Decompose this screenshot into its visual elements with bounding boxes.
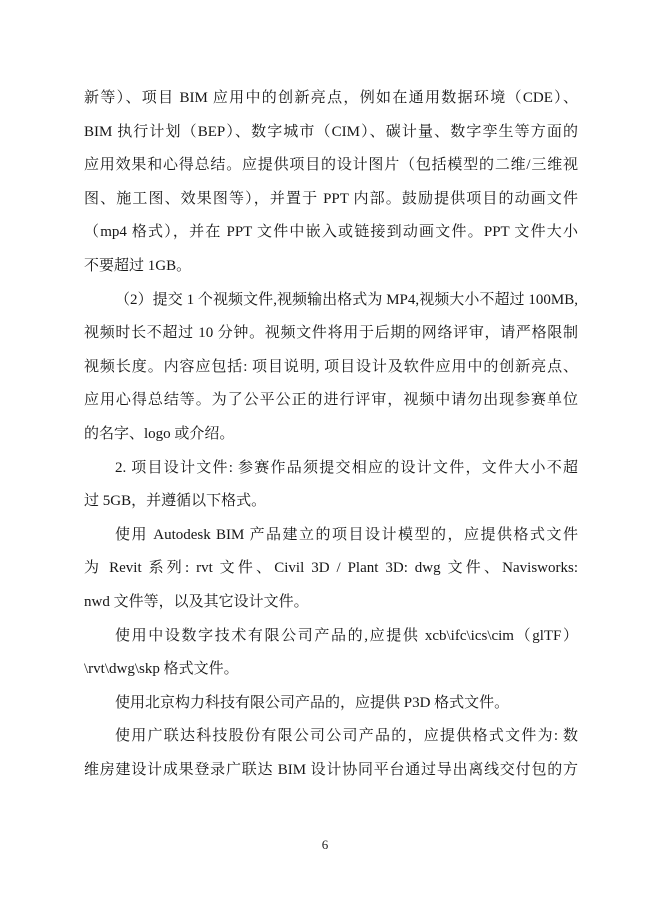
text-line: 为 Revit 系列: rvt 文件、Civil 3D / Plant 3D: … xyxy=(84,552,578,586)
text-line: 图、施工图、效果图等），并置于 PPT 内部。鼓励提供项目的动画文件 xyxy=(84,183,578,217)
text-line: 视频时长不超过 10 分钟。视频文件将用于后期的网络评审，请严格限制 xyxy=(84,317,578,351)
text-line: 视频长度。内容应包括: 项目说明, 项目设计及软件应用中的创新亮点、 xyxy=(84,351,578,385)
text-line: \rvt\dwg\skp 格式文件。 xyxy=(84,653,578,687)
text-line: 应用效果和心得总结。应提供项目的设计图片（包括模型的二维/三维视 xyxy=(84,149,578,183)
text-line: 的名字、logo 或介绍。 xyxy=(84,418,578,452)
text-line: BIM 执行计划（BEP）、数字城市（CIM）、碳计量、数字孪生等方面的 xyxy=(84,116,578,150)
text-line: 使用北京构力科技有限公司产品的，应提供 P3D 格式文件。 xyxy=(84,687,578,721)
text-line: 使用中设数字技术有限公司产品的,应提供 xcb\ifc\ics\cim（glTF… xyxy=(84,620,578,654)
text-line: 新等）、项目 BIM 应用中的创新亮点，例如在通用数据环境（CDE）、 xyxy=(84,82,578,116)
text-line: 过 5GB，并遵循以下格式。 xyxy=(84,485,578,519)
text-line: 不要超过 1GB。 xyxy=(84,250,578,284)
text-line: （mp4 格式），并在 PPT 文件中嵌入或链接到动画文件。PPT 文件大小 xyxy=(84,216,578,250)
text-line: 使用广联达科技股份有限公司公司产品的，应提供格式文件为: 数 xyxy=(84,720,578,754)
text-line: （2）提交 1 个视频文件,视频输出格式为 MP4,视频大小不超过 100MB, xyxy=(84,284,578,318)
page-number: 6 xyxy=(0,836,650,854)
text-line: nwd 文件等，以及其它设计文件。 xyxy=(84,586,578,620)
text-line: 2. 项目设计文件: 参赛作品须提交相应的设计文件，文件大小不超 xyxy=(84,452,578,486)
text-line: 使用 Autodesk BIM 产品建立的项目设计模型的，应提供格式文件 xyxy=(84,519,578,553)
text-line: 应用心得总结等。为了公平公正的进行评审，视频中请勿出现参赛单位 xyxy=(84,384,578,418)
text-line: 维房建设计成果登录广联达 BIM 设计协同平台通过导出离线交付包的方 xyxy=(84,754,578,788)
document-body: 新等）、项目 BIM 应用中的创新亮点，例如在通用数据环境（CDE）、 BIM … xyxy=(84,82,578,787)
document-page: 新等）、项目 BIM 应用中的创新亮点，例如在通用数据环境（CDE）、 BIM … xyxy=(0,0,650,919)
